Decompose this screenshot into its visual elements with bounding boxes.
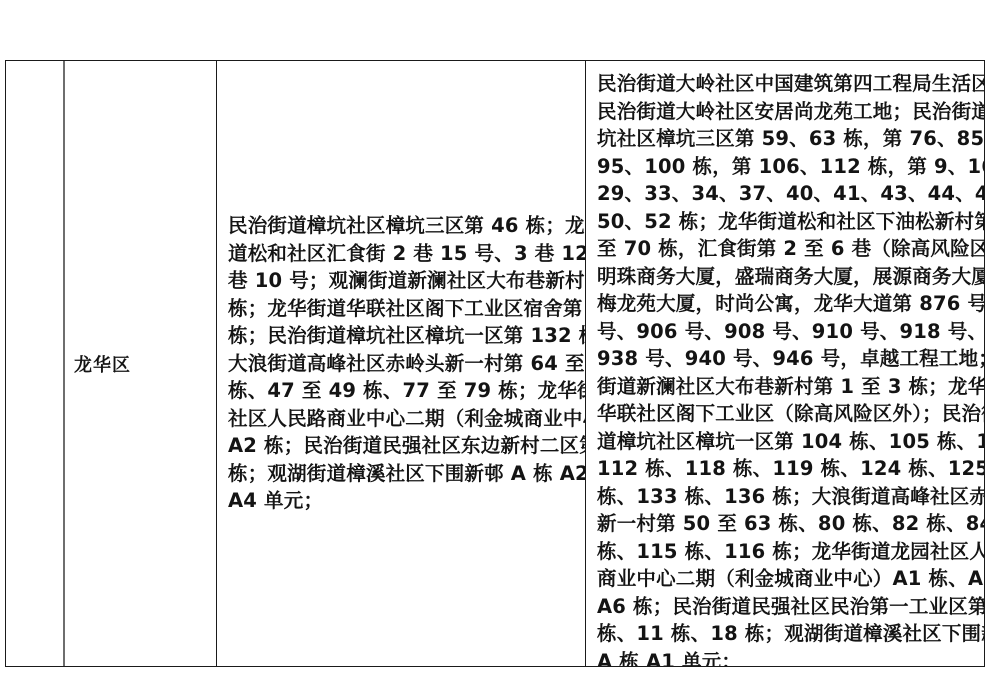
area-text-line: 栋、47 至 49 栋、77 至 79 栋；龙华街道龙园: [228, 377, 577, 405]
area-text-line: 95、100 栋，第 106、112 栋，第 9、16、22、28、: [597, 153, 977, 181]
area-text-line: 112 栋、118 栋、119 栋、124 栋、125 栋、131: [597, 455, 977, 483]
area-text-line: 50、52 栋；龙华街道松和社区下油松新村第 25: [597, 208, 977, 236]
area-text-line: 梅龙苑大厦，时尚公寓，龙华大道第 876 号、898: [597, 290, 977, 318]
area-text-line: 巷 10 号；观澜街道新澜社区大布巷新村第 4: [228, 267, 577, 295]
area-text-line: 栋、133 栋、136 栋；大浪街道高峰社区赤岭头: [597, 483, 977, 511]
area-text-line: 大浪街道高峰社区赤岭头新一村第 64 至 66: [228, 350, 577, 378]
area-text-line: A 栋 A1 单元；: [597, 648, 977, 667]
area-text-line: 栋、115 栋、116 栋；龙华街道龙园社区人民路: [597, 538, 977, 566]
area-text-line: A6 栋；民治街道民强社区民治第一工业区第 6: [597, 593, 977, 621]
document-page: 龙华区 民治街道樟坑社区樟坑三区第 46 栋；龙华街道松和社区汇食街 2 巷 1…: [0, 0, 992, 683]
area-text-line: 华联社区阁下工业区（除高风险区外）；民治街: [597, 400, 977, 428]
risk-area-table: 龙华区 民治街道樟坑社区樟坑三区第 46 栋；龙华街道松和社区汇食街 2 巷 1…: [5, 60, 985, 667]
area-text-line: 商业中心二期（利金城商业中心）A1 栋、A3 至: [597, 565, 977, 593]
area-text-line: 社区人民路商业中心二期（利金城商业中心）: [228, 405, 577, 433]
cell-area-list-left: 民治街道樟坑社区樟坑三区第 46 栋；龙华街道松和社区汇食街 2 巷 15 号、…: [217, 61, 586, 666]
area-text-line: 道樟坑社区樟坑一区第 104 栋、105 栋、111 栋、: [597, 428, 977, 456]
cell-index-blank: [6, 61, 65, 666]
area-text-line: A4 单元；: [228, 487, 577, 515]
cell-district: 龙华区: [65, 61, 217, 666]
area-text-line: 街道新澜社区大布巷新村第 1 至 3 栋；龙华街道: [597, 373, 977, 401]
area-text-line: 29、33、34、37、40、41、43、44、45、47、48、: [597, 180, 977, 208]
area-text-line: 新一村第 50 至 63 栋、80 栋、82 栋、84 至 93: [597, 510, 977, 538]
area-text-line: 938 号、940 号、946 号，卓越工程工地；观澜: [597, 345, 977, 373]
cell-area-list-right: 民治街道大岭社区中国建筑第四工程局生活区；民治街道大岭社区安居尚龙苑工地；民治街…: [586, 61, 984, 666]
area-text-line: 栋；观湖街道樟溪社区下围新邨 A 栋 A2 至: [228, 460, 577, 488]
district-name: 龙华区: [74, 351, 131, 377]
area-text-line: 栋；龙华街道华联社区阁下工业区宿舍第 2: [228, 295, 577, 323]
area-text-line: 民治街道大岭社区安居尚龙苑工地；民治街道樟: [597, 98, 977, 126]
area-text-line: 栋；民治街道樟坑社区樟坑一区第 132 栋；: [228, 322, 577, 350]
area-text-line: 栋、11 栋、18 栋；观湖街道樟溪社区下围新邨: [597, 620, 977, 648]
area-text-line: 民治街道樟坑社区樟坑三区第 46 栋；龙华街: [228, 212, 577, 240]
area-text-line: A2 栋；民治街道民强社区东边新村二区第 24: [228, 432, 577, 460]
area-text-line: 号、906 号、908 号、910 号、918 号、928 号、: [597, 318, 977, 346]
area-text-line: 民治街道大岭社区中国建筑第四工程局生活区；: [597, 70, 977, 98]
area-text-line: 道松和社区汇食街 2 巷 15 号、3 巷 12 号、4: [228, 240, 577, 268]
area-text-line: 至 70 栋，汇食街第 2 至 6 巷（除高风险区外），: [597, 235, 977, 263]
area-text-line: 明珠商务大厦，盛瑞商务大厦，展源商务大厦，: [597, 263, 977, 291]
area-text-line: 坑社区樟坑三区第 59、63 栋，第 76、85、90、: [597, 125, 977, 153]
